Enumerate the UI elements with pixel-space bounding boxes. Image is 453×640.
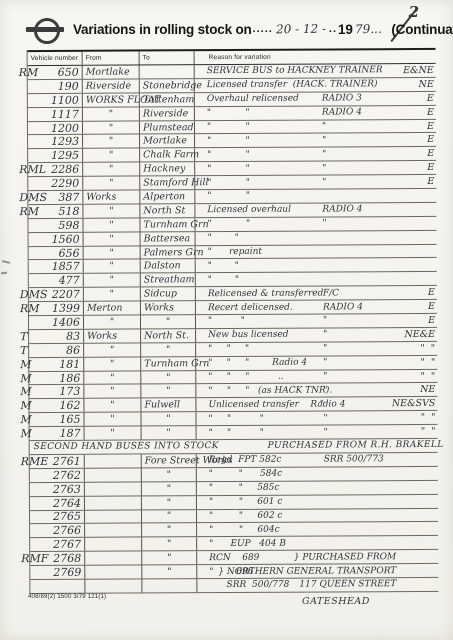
vehicle-prefix: M <box>20 385 31 398</box>
vehicle-number: 656 <box>59 246 80 259</box>
reason-cell: " " """ " <box>196 342 437 356</box>
reason-cell: " ""E <box>196 314 437 328</box>
vehicle-number: 165 <box>59 413 80 426</box>
reason-cell: " " " .."" " <box>196 370 437 384</box>
to-cell: Mortlake <box>140 135 195 148</box>
reason-text: " 696 <box>197 567 218 577</box>
allocation-code: NE&E <box>395 329 437 340</box>
reason-text: New bus licensed <box>196 330 323 341</box>
to-cell <box>140 65 195 78</box>
vehicle-number: 2767 <box>53 538 81 551</box>
vehicle-cell: 1295 <box>28 149 83 162</box>
london-transport-roundel-icon <box>26 17 66 41</box>
reason-cell: " " 601 c <box>197 495 438 509</box>
vehicle-number: 2286 <box>51 163 79 176</box>
reason-cell: " repaint <box>196 245 437 259</box>
to-cell: Hackney <box>140 162 195 175</box>
from-cell: Works <box>83 190 140 203</box>
allocation-code: E <box>394 176 436 187</box>
to-cell: " <box>142 551 197 564</box>
reason-note: RADIO 3 <box>322 93 394 103</box>
vehicle-cell: M165 <box>29 413 84 426</box>
vehicle-cell: M173 <box>29 385 84 398</box>
reason-cell: " "" <box>195 217 436 231</box>
reason-note: " <box>323 357 395 367</box>
reason-cell: SRR 500/778117 QUEEN STREET <box>197 578 438 592</box>
table-row: SRR 500/778117 QUEEN STREET <box>30 578 438 594</box>
to-cell: Riverside <box>140 107 195 120</box>
reason-cell: " " 602 c <box>197 508 438 522</box>
vehicle-number: 190 <box>58 80 79 93</box>
to-cell <box>142 579 197 592</box>
to-cell: " <box>142 496 197 509</box>
reason-cell: RCN 689} PURCHASED FROM <box>197 550 438 564</box>
vehicle-cell: T83 <box>29 330 84 343</box>
from-cell: Works <box>84 329 141 342</box>
vehicle-number: 187 <box>60 427 81 440</box>
vehicle-number: 2762 <box>53 469 81 482</box>
vehicle-cell: M162 <box>29 399 84 412</box>
reason-cell: " " <box>195 189 436 203</box>
to-cell: " <box>142 468 197 481</box>
allocation-code: " " <box>396 426 438 437</box>
reason-text: Relicensed & transferred <box>196 288 323 299</box>
vehicle-prefix: RM <box>19 205 39 218</box>
reason-note: RADIO 4 <box>322 107 394 117</box>
reason-note: SRR 500/773 <box>324 455 396 465</box>
reason-note: " <box>322 177 394 187</box>
from-cell <box>85 454 142 467</box>
dotted-rule: ..... <box>253 23 273 35</box>
allocation-code: " " <box>395 343 437 354</box>
reason-note: " <box>323 385 395 395</box>
vehicle-prefix: M <box>20 413 31 426</box>
to-cell: Streatham <box>141 274 196 287</box>
reason-cell: " " """ " <box>197 425 438 439</box>
vehicle-cell: 1117 <box>28 107 83 120</box>
scan-artifact <box>2 260 10 264</box>
to-cell: " <box>142 426 197 439</box>
reason-text: " " <box>196 233 323 244</box>
table-body: RM650MortlakeSERVICE BUS to HACKNEY TRAI… <box>28 64 439 594</box>
allocation-code: E <box>395 287 437 298</box>
allocation-code: " " <box>395 357 437 368</box>
reason-note: } NORTHERN GENERAL TRANSPORT <box>218 566 396 577</box>
vehicle-prefix: DMS <box>20 288 48 301</box>
allocation-code: E <box>394 120 436 131</box>
reason-note: " <box>322 121 394 131</box>
vehicle-number: 477 <box>59 274 80 287</box>
reason-cell: Licensed transfer (HACK. TRAINER)NE <box>195 78 436 92</box>
vehicle-number: 2290 <box>51 177 79 190</box>
from-cell: " <box>83 177 140 190</box>
reason-cell: " 696} NORTHERN GENERAL TRANSPORT <box>197 564 438 578</box>
dotted-rule: .. <box>329 23 337 35</box>
vehicle-number: 2769 <box>53 566 81 579</box>
vehicle-number: 2763 <box>53 482 81 495</box>
vehicle-cell: 656 <box>29 246 84 259</box>
to-cell: Fulwell <box>141 399 196 412</box>
to-cell: North St <box>140 204 195 217</box>
vehicle-prefix: M <box>20 399 31 412</box>
reason-text: RCN 689 <box>197 552 294 563</box>
reason-cell: " " 585c <box>197 481 438 495</box>
reason-cell: Regd FPT 582cSRR 500/773 <box>197 453 438 467</box>
from-cell: " <box>84 385 141 398</box>
from-cell <box>85 510 142 523</box>
reason-cell: Overhaul relicensedRADIO 3E <box>195 92 436 106</box>
vehicle-cell: M181 <box>29 357 84 370</box>
to-cell: " <box>142 524 197 537</box>
reason-cell: Unlicensed transfer Radio 4"NE&SVS <box>196 397 437 411</box>
reason-text: " repaint <box>196 247 323 258</box>
from-cell: " <box>84 232 141 245</box>
allocation-code: " " <box>395 412 437 423</box>
from-cell: " <box>85 427 142 440</box>
reason-text: " " " <box>196 344 323 355</box>
reason-note: 117 QUEEN STREET <box>299 580 396 591</box>
printed-year-prefix: 19 <box>338 22 353 37</box>
reason-text: " " <box>196 260 323 271</box>
from-cell: Merton <box>84 302 141 315</box>
scan-artifact <box>1 272 7 275</box>
reason-text: Recert delicensed. <box>196 302 323 313</box>
to-cell: Chalk Farm <box>140 149 195 162</box>
from-cell: WORKS FLOAT <box>83 93 140 106</box>
reason-text: " " <box>196 274 323 285</box>
scanned-paper: 2 Variations in rolling stock on ..... 2… <box>0 0 453 640</box>
to-cell: " <box>142 565 197 578</box>
vehicle-number: 1295 <box>51 149 79 162</box>
to-cell: " <box>142 510 197 523</box>
vehicle-number: 1117 <box>51 107 79 120</box>
reason-note: F/C <box>323 288 395 298</box>
vehicle-cell: T86 <box>29 344 84 357</box>
to-cell: Plumstead <box>140 121 195 134</box>
reason-cell: " " <box>196 231 437 245</box>
vehicle-prefix: RML <box>19 163 46 176</box>
reason-note: " <box>320 399 392 409</box>
vehicle-prefix: T <box>20 344 27 357</box>
from-cell: " <box>84 413 141 426</box>
vehicle-cell: 1857 <box>29 260 84 273</box>
vehicle-number: 181 <box>59 357 80 370</box>
to-cell: " <box>142 482 197 495</box>
reason-note: " <box>323 316 395 326</box>
vehicle-prefix: RM <box>20 302 40 315</box>
reason-text: " " " <box>197 427 324 438</box>
vehicle-number: 2766 <box>53 524 81 537</box>
vehicle-number: 2764 <box>53 496 81 509</box>
vehicle-cell: 2290 <box>28 177 83 190</box>
vehicle-number: 173 <box>59 385 80 398</box>
reason-cell: " ""E <box>195 147 436 161</box>
reason-text: " " " Radio 4 <box>196 358 323 369</box>
vehicle-prefix: M <box>20 358 31 371</box>
reason-text: " " <box>195 108 322 119</box>
from-cell: " <box>83 149 140 162</box>
allocation-code: E <box>395 301 437 312</box>
reason-cell: " " 604c <box>197 522 438 536</box>
vehicle-cell: 598 <box>28 219 83 232</box>
vehicle-cell: 2769 <box>30 566 85 579</box>
section-subtitle: PURCHASED FROM R.H. BRAKELL <box>230 440 444 451</box>
vehicle-number: 598 <box>58 219 79 232</box>
vehicle-cell: 190 <box>28 80 83 93</box>
from-cell: " <box>84 343 141 356</box>
vehicle-prefix: M <box>20 372 31 385</box>
column-header-vehicle-number: Vehicle number <box>28 52 83 65</box>
reason-cell: New bus licensed"NE&E <box>196 328 437 342</box>
reason-text: " " <box>195 177 322 188</box>
vehicle-number: 2765 <box>53 510 81 523</box>
vehicle-number: 1200 <box>51 121 79 134</box>
to-cell: Stamford Hill <box>140 176 195 189</box>
reason-note: " <box>322 135 394 145</box>
reason-note: " <box>324 427 396 437</box>
from-cell <box>85 566 142 579</box>
reason-cell: " ""E <box>195 133 436 147</box>
to-cell: Alperton <box>140 190 195 203</box>
vehicle-cell: 2767 <box>30 538 85 551</box>
reason-text: " " 604c <box>197 524 324 535</box>
to-cell: Stonebridge <box>140 79 195 92</box>
reason-text: Licensed transfer (HACK. TRAINER) <box>195 80 322 91</box>
vehicle-cell: RM1399 <box>29 302 84 315</box>
reason-text: " " 584c <box>197 469 324 480</box>
from-cell <box>85 482 142 495</box>
column-header-reason: Reason for variation <box>195 50 436 64</box>
allocation-code: " " <box>395 370 437 381</box>
reason-text: " " " <box>196 413 323 424</box>
vehicle-cell: 2765 <box>30 510 85 523</box>
reason-note: } PURCHASED FROM <box>294 552 397 563</box>
from-cell <box>85 496 142 509</box>
allocation-code: NE <box>394 79 436 90</box>
reason-cell: " " 584c <box>197 467 438 481</box>
to-cell: " <box>141 412 196 425</box>
allocation-code: E <box>394 148 436 159</box>
reason-cell: SERVICE BUS to HACKNEY TRAINERE&NE <box>195 64 436 78</box>
reason-text: " " <box>195 149 322 160</box>
handwritten-date: 20 - 12 - <box>276 22 326 37</box>
vehicle-cell: 2762 <box>30 469 85 482</box>
reason-note: " <box>322 149 394 159</box>
reason-text: " " " .. <box>196 372 323 383</box>
reason-cell: " " " (as HACK TNR)."NE <box>196 383 437 397</box>
vehicle-prefix: M <box>21 427 32 440</box>
to-cell: Works <box>141 301 196 314</box>
reason-text: " " <box>195 135 322 146</box>
reason-note: RADIO 4 <box>323 302 395 312</box>
form-reference-code: 408/89(2) 1500 3/79 121(1) <box>28 594 106 600</box>
to-cell: Battersea <box>141 232 196 245</box>
reason-note: " <box>323 343 395 353</box>
reason-text: Unlicensed transfer Radio 4 <box>196 399 319 410</box>
reason-cell: " ""E <box>195 161 436 175</box>
to-cell: Dalston <box>141 260 196 273</box>
reason-text: " " <box>196 316 323 327</box>
vehicle-cell: 1100 <box>28 94 83 107</box>
from-cell: " <box>83 135 140 148</box>
from-cell: " <box>83 163 140 176</box>
vehicle-cell: RMF2768 <box>30 552 85 565</box>
vehicle-number: 2761 <box>53 455 81 468</box>
allocation-code: E <box>394 107 436 118</box>
vehicle-number: 186 <box>59 371 80 384</box>
from-cell: " <box>84 260 141 273</box>
reason-text: " " <box>195 122 322 133</box>
allocation-code: E <box>395 315 437 326</box>
from-cell: " <box>84 371 141 384</box>
from-cell: " <box>83 218 140 231</box>
vehicle-cell: 477 <box>29 274 84 287</box>
vehicle-cell: DMS2207 <box>29 288 84 301</box>
reason-cell: " ""E <box>195 119 436 133</box>
reason-text: " " " (as HACK TNR). <box>196 385 323 396</box>
from-cell: " <box>84 399 141 412</box>
from-cell <box>85 468 142 481</box>
to-cell: " <box>141 343 196 356</box>
reason-note: " <box>323 330 395 340</box>
reason-text: Regd FPT 582c <box>197 455 324 466</box>
reason-cell: " EUP 404 B <box>197 536 438 550</box>
from-cell <box>85 579 142 592</box>
rolling-stock-table: Vehicle number From To Reason for variat… <box>27 48 439 594</box>
to-cell: Tottenham <box>140 93 195 106</box>
to-cell: North St. <box>141 329 196 342</box>
from-cell: " <box>83 107 140 120</box>
from-cell: Mortlake <box>83 65 140 78</box>
reason-text: " " <box>195 163 322 174</box>
from-cell <box>85 524 142 537</box>
from-cell <box>85 538 142 551</box>
to-cell: Turnham Grn <box>140 218 195 231</box>
vehicle-number: 83 <box>66 330 80 343</box>
reason-cell: " "RADIO 4E <box>195 106 436 120</box>
from-cell <box>85 552 142 565</box>
reason-text: Licensed overhaul <box>195 205 322 216</box>
vehicle-number: 650 <box>58 66 79 79</box>
vehicle-number: 387 <box>58 191 79 204</box>
to-cell: " <box>141 385 196 398</box>
vehicle-prefix: RM <box>19 66 39 79</box>
handwritten-year: 79... <box>355 22 382 36</box>
reason-note: " <box>322 218 394 228</box>
vehicle-prefix: DMS <box>19 191 47 204</box>
from-cell: " <box>84 246 141 259</box>
vehicle-number: 1100 <box>51 94 79 107</box>
allocation-code: NE <box>395 384 437 395</box>
column-header-from: From <box>83 51 140 64</box>
allocation-code: E <box>394 134 436 145</box>
allocation-code: NE&SVS <box>392 398 438 409</box>
vehicle-cell: RML2286 <box>28 163 83 176</box>
reason-cell: " " <box>196 258 437 272</box>
reason-text: " " 602 c <box>197 510 324 521</box>
handwritten-gateshead: GATESHEAD <box>302 596 370 607</box>
reason-note: RADIO 4 <box>322 204 394 214</box>
from-cell: " <box>84 288 141 301</box>
vehicle-number: 2768 <box>53 552 81 565</box>
to-cell: Palmers Grn <box>141 246 196 259</box>
vehicle-prefix: T <box>20 330 27 343</box>
reason-cell: Licensed overhaulRADIO 4 <box>195 203 436 217</box>
vehicle-cell: 1200 <box>28 121 83 134</box>
section-title: SECOND HAND BUSES INTO STOCK <box>30 442 230 453</box>
vehicle-number: 1293 <box>51 135 79 148</box>
vehicle-number: 1399 <box>52 302 80 315</box>
allocation-code: E <box>394 162 436 173</box>
to-cell: " <box>141 371 196 384</box>
reason-note: " <box>323 413 395 423</box>
vehicle-cell: 1293 <box>28 135 83 148</box>
reason-text: Overhaul relicensed <box>195 94 322 105</box>
vehicle-cell: 1560 <box>29 232 84 245</box>
reason-cell: " " " Radio 4"" " <box>196 356 437 370</box>
reason-text: SRR 500/778 <box>197 580 299 591</box>
vehicle-number: 1406 <box>52 316 80 329</box>
to-cell: Turnham Grn <box>141 357 196 370</box>
vehicle-cell: M186 <box>29 371 84 384</box>
vehicle-cell: 1406 <box>29 316 84 329</box>
vehicle-cell <box>30 580 85 593</box>
reason-text: " " <box>195 219 322 230</box>
reason-text: " " <box>195 191 322 202</box>
vehicle-number: 2207 <box>52 288 80 301</box>
allocation-code: E <box>394 93 436 104</box>
reason-text: " " 585c <box>197 483 324 494</box>
column-header-to: To <box>140 51 195 64</box>
vehicle-prefix: RMF <box>21 552 48 565</box>
vehicle-number: 162 <box>59 399 80 412</box>
from-cell: " <box>83 204 140 217</box>
from-cell: " <box>84 316 141 329</box>
from-cell: " <box>83 121 140 134</box>
reason-cell: " " <box>196 272 437 286</box>
reason-text: SERVICE BUS to HACKNEY TRAINER <box>195 66 322 77</box>
allocation-code: E&NE <box>394 65 436 76</box>
reason-text: " EUP 404 B <box>197 538 324 549</box>
form-title: Variations in rolling stock on <box>73 22 252 37</box>
form-header: Variations in rolling stock on ..... 20 … <box>26 17 447 41</box>
from-cell: " <box>84 274 141 287</box>
to-cell: Fore Street Works <box>142 454 197 467</box>
vehicle-cell: RM518 <box>28 205 83 218</box>
vehicle-number: 1560 <box>52 232 80 245</box>
vehicle-number: 1857 <box>52 260 80 273</box>
vehicle-prefix: RME <box>21 455 49 468</box>
vehicle-cell: DMS387 <box>28 191 83 204</box>
vehicle-cell: RM650 <box>28 66 83 79</box>
reason-cell: Relicensed & transferredF/CE <box>196 286 437 300</box>
from-cell: " <box>84 357 141 370</box>
reason-note: " <box>322 163 394 173</box>
vehicle-cell: M187 <box>30 427 85 440</box>
to-cell: " <box>142 537 197 550</box>
reason-cell: Recert delicensed.RADIO 4E <box>196 300 437 314</box>
vehicle-cell: 2763 <box>30 482 85 495</box>
reason-cell: " " """ " <box>196 411 437 425</box>
reason-cell: " ""E <box>195 175 436 189</box>
to-cell: Sidcup <box>141 287 196 300</box>
to-cell: " <box>141 315 196 328</box>
vehicle-cell: 2766 <box>30 524 85 537</box>
vehicle-cell: 2764 <box>30 496 85 509</box>
vehicle-number: 518 <box>58 205 79 218</box>
continuation-label: (Continuation) <box>391 22 453 37</box>
vehicle-cell: RME2761 <box>30 455 85 468</box>
